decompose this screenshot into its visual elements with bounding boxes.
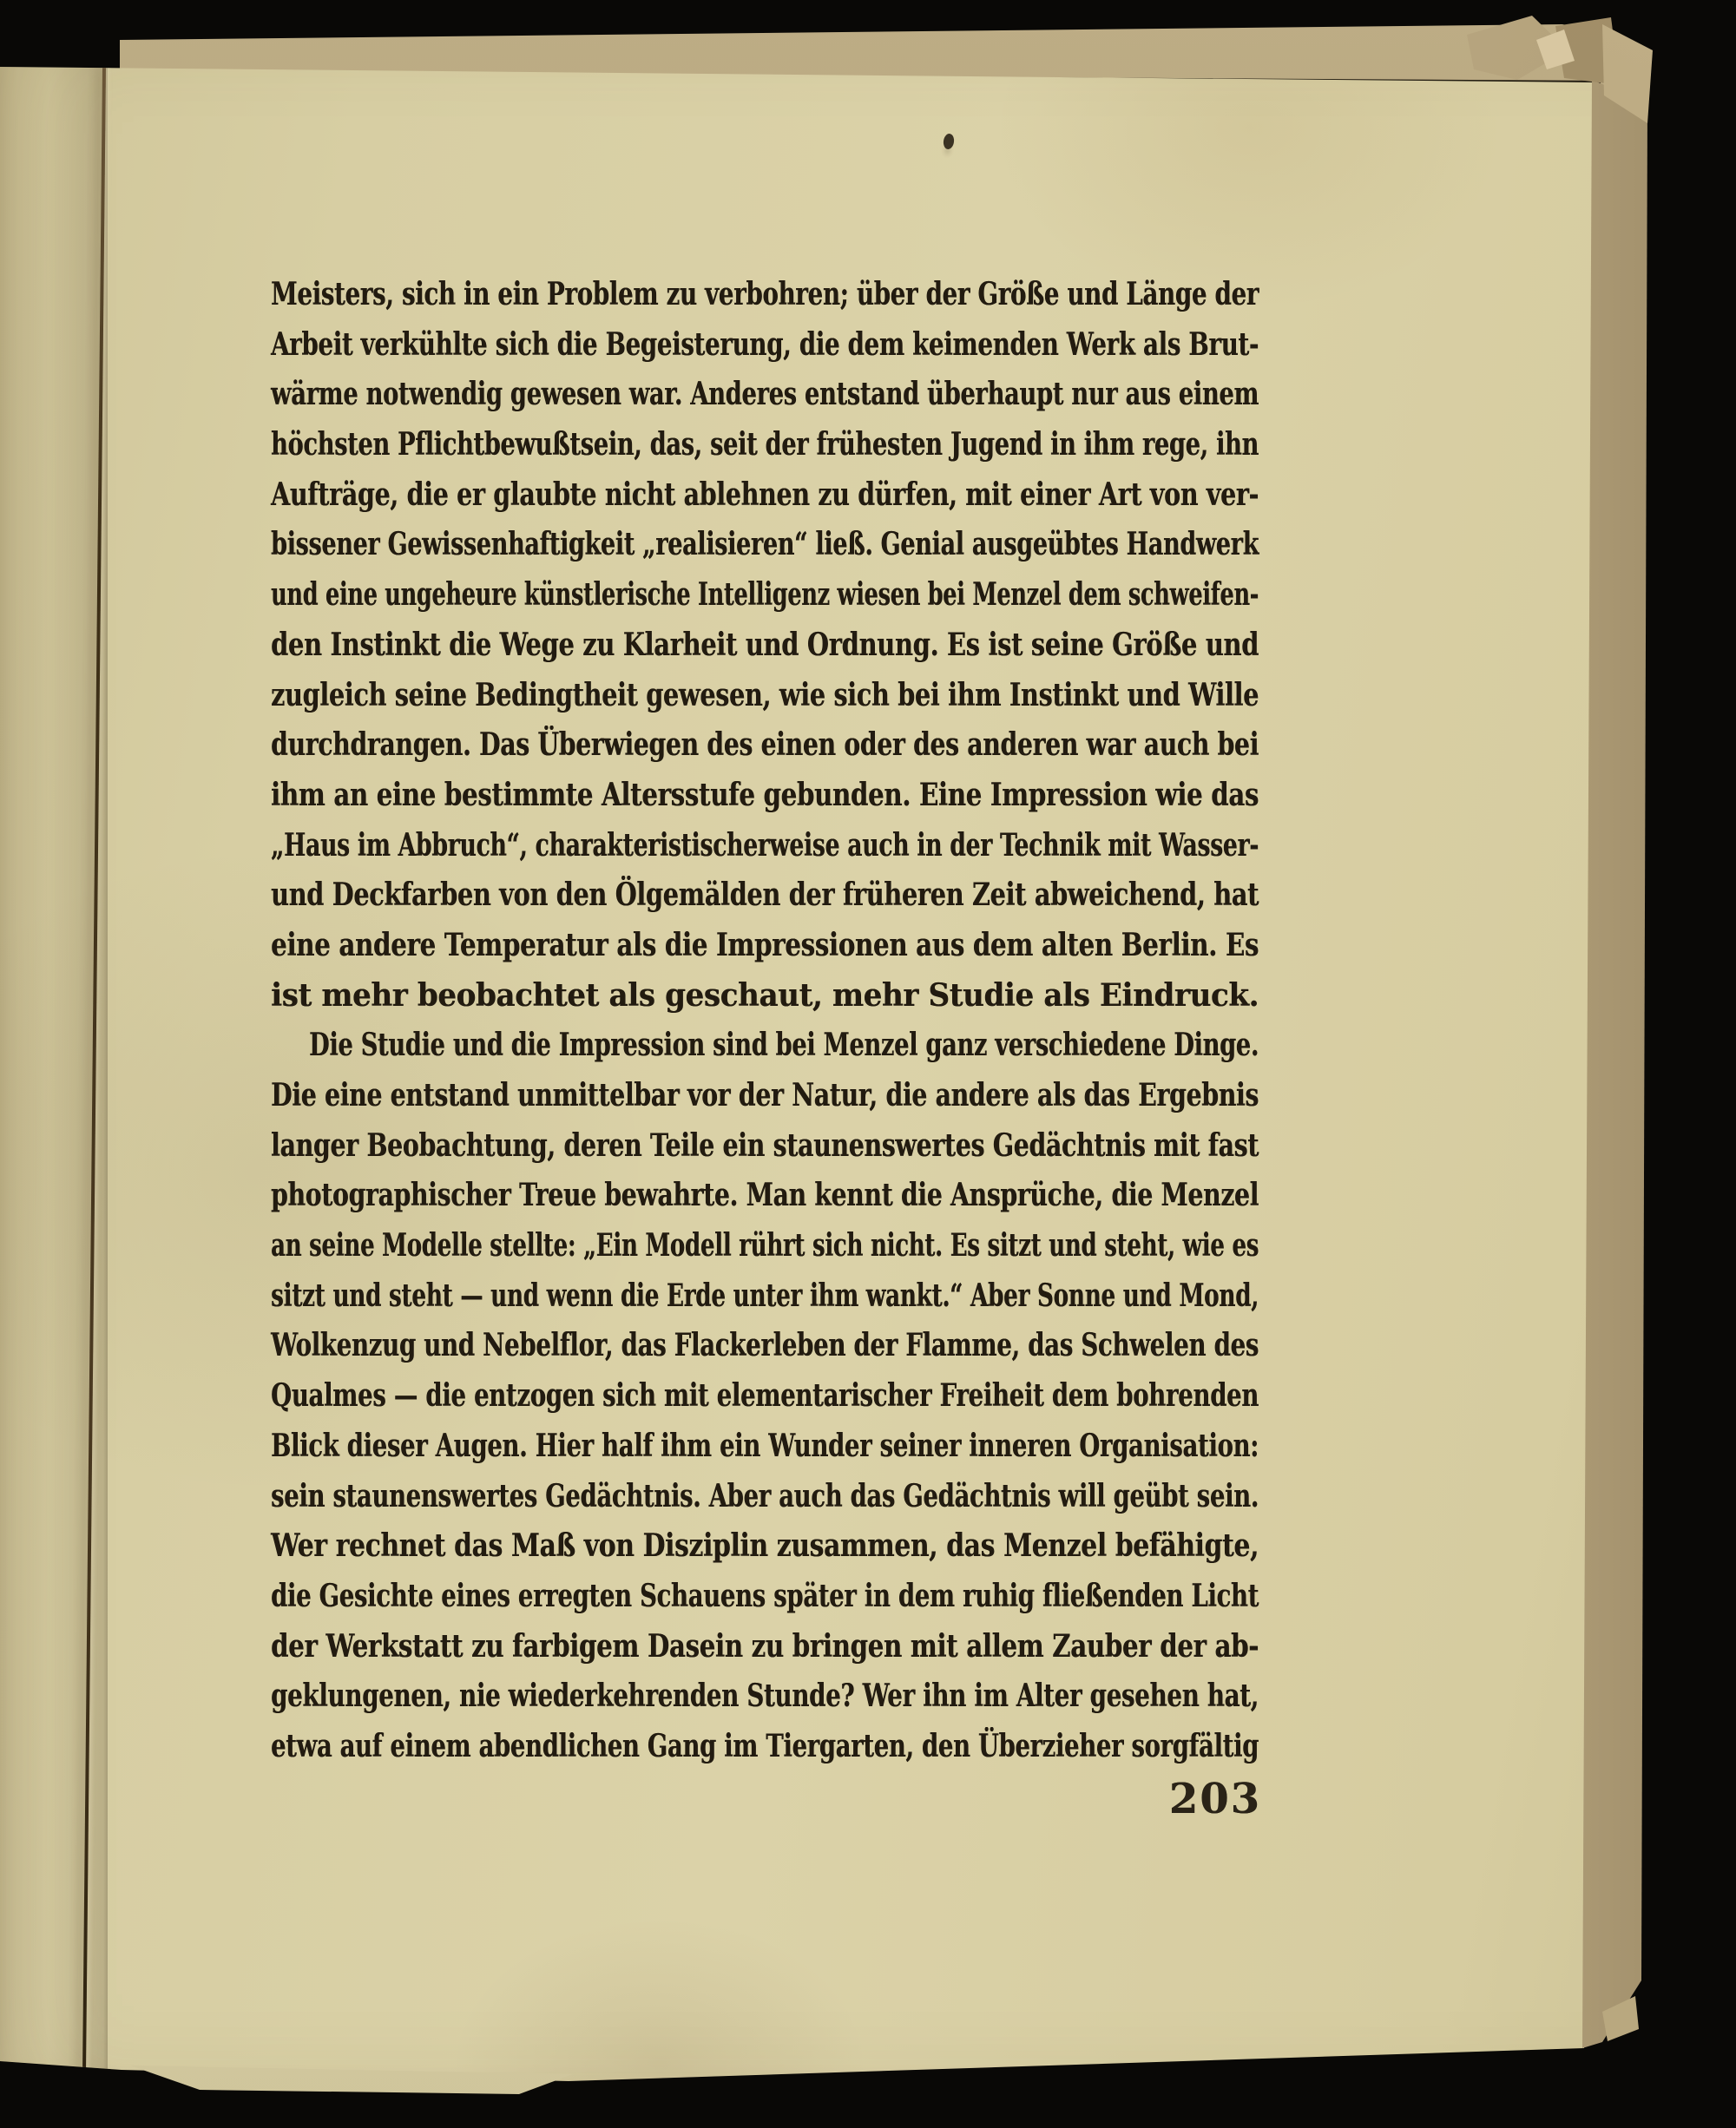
text-line-content: höchsten Pflichtbewußtsein, das, seit de… (271, 426, 1259, 463)
text-line-content: Aufträge, die er glaubte nicht ablehnen … (271, 476, 1259, 513)
text-line-content: zugleich seine Bedingtheit gewesen, wie … (271, 677, 1259, 713)
text-line-content: Arbeit verkühlte sich die Begeisterung, … (271, 326, 1259, 363)
text-line: wärme notwendig gewesen war. Anderes ent… (271, 376, 1259, 426)
text-line: den Instinkt die Wege zu Klarheit und Or… (271, 627, 1259, 677)
text-line-content: geklungenen, nie wiederkehrenden Stunde?… (271, 1678, 1259, 1714)
text-line: Die eine entstand unmittelbar vor der Na… (271, 1077, 1259, 1127)
text-line: zugleich seine Bedingtheit gewesen, wie … (271, 677, 1259, 727)
text-line: sitzt und steht — und wenn die Erde unte… (271, 1277, 1259, 1328)
text-line-content: bissener Gewissenhaftigkeit „realisieren… (271, 526, 1259, 562)
text-line-content: Qualmes — die entzogen sich mit elementa… (271, 1377, 1259, 1414)
text-line: Wolkenzug und Nebelflor, das Flackerlebe… (271, 1327, 1259, 1377)
text-line-content: etwa auf einem abendlichen Gang im Tierg… (271, 1728, 1259, 1764)
text-line-content: photographischer Treue bewahrte. Man ken… (271, 1177, 1259, 1213)
text-line-content: wärme notwendig gewesen war. Anderes ent… (271, 376, 1259, 412)
text-line-content: ihm an eine bestimmte Altersstufe gebund… (271, 777, 1259, 813)
text-line-content: ist mehr beobachtet als geschaut, mehr S… (271, 977, 1259, 1014)
book-scan: Meisters, sich in ein Problem zu verbohr… (0, 0, 1736, 2128)
text-line: bissener Gewissenhaftigkeit „realisieren… (271, 526, 1259, 576)
text-line-content: eine andere Temperatur als die Impressio… (271, 927, 1259, 963)
text-line: etwa auf einem abendlichen Gang im Tierg… (271, 1728, 1259, 1778)
text-line: durchdrangen. Das Überwiegen des einen o… (271, 726, 1259, 777)
text-line: sein staunenswertes Gedächtnis. Aber auc… (271, 1478, 1259, 1528)
text-line-content: durchdrangen. Das Überwiegen des einen o… (271, 726, 1259, 763)
text-line-content: Wer rechnet das Maß von Disziplin zusamm… (271, 1527, 1259, 1564)
text-line: Die Studie und die Impression sind bei M… (271, 1027, 1259, 1077)
text-line: Wer rechnet das Maß von Disziplin zusamm… (271, 1527, 1259, 1578)
text-line-content: den Instinkt die Wege zu Klarheit und Or… (271, 627, 1259, 663)
text-line: eine andere Temperatur als die Impressio… (271, 927, 1259, 977)
text-line: Blick dieser Augen. Hier half ihm ein Wu… (271, 1428, 1259, 1478)
text-line-content: Die Studie und die Impression sind bei M… (309, 1027, 1259, 1063)
text-line: Meisters, sich in ein Problem zu verbohr… (271, 276, 1259, 326)
text-line-content: sitzt und steht — und wenn die Erde unte… (271, 1277, 1259, 1314)
text-line-content: Wolkenzug und Nebelflor, das Flackerlebe… (271, 1327, 1259, 1363)
text-line: photographischer Treue bewahrte. Man ken… (271, 1177, 1259, 1227)
ink-speck (943, 133, 955, 149)
text-line: an seine Modelle stellte: „Ein Modell rü… (271, 1227, 1259, 1277)
text-line: und Deckfarben von den Ölgemälden der fr… (271, 877, 1259, 927)
text-line: die Gesichte eines erregten Schauens spä… (271, 1578, 1259, 1628)
text-line: langer Beobachtung, deren Teile ein stau… (271, 1127, 1259, 1178)
text-line-content: sein staunenswertes Gedächtnis. Aber auc… (271, 1478, 1259, 1514)
text-line: ihm an eine bestimmte Altersstufe gebund… (271, 777, 1259, 827)
body-text: Meisters, sich in ein Problem zu verbohr… (271, 276, 1259, 1778)
text-line-content: Meisters, sich in ein Problem zu verbohr… (271, 276, 1259, 312)
text-line: Arbeit verkühlte sich die Begeisterung, … (271, 326, 1259, 377)
text-line: Qualmes — die entzogen sich mit elementa… (271, 1377, 1259, 1428)
text-line: „Haus im Abbruch“, charakteristischerwei… (271, 827, 1259, 877)
text-line: ist mehr beobachtet als geschaut, mehr S… (271, 977, 1259, 1028)
text-line-content: der Werkstatt zu farbigem Dasein zu brin… (271, 1628, 1259, 1665)
text-line: geklungenen, nie wiederkehrenden Stunde?… (271, 1678, 1259, 1728)
book-page: Meisters, sich in ein Problem zu verbohr… (0, 0, 1736, 2128)
text-line-content: Blick dieser Augen. Hier half ihm ein Wu… (271, 1428, 1259, 1464)
text-line-content: langer Beobachtung, deren Teile ein stau… (271, 1127, 1259, 1164)
text-line-content: „Haus im Abbruch“, charakteristischerwei… (271, 827, 1259, 864)
text-line-content: die Gesichte eines erregten Schauens spä… (271, 1578, 1259, 1614)
text-line-content: und eine ungeheure künstlerische Intelli… (271, 576, 1259, 613)
text-line: höchsten Pflichtbewußtsein, das, seit de… (271, 426, 1259, 476)
page-number: 203 (1140, 1775, 1261, 1823)
page-gutter-shading (0, 52, 108, 2074)
text-line: Aufträge, die er glaubte nicht ablehnen … (271, 476, 1259, 527)
text-line-content: Die eine entstand unmittelbar vor der Na… (271, 1077, 1259, 1113)
text-line: der Werkstatt zu farbigem Dasein zu brin… (271, 1628, 1259, 1678)
text-line-content: an seine Modelle stellte: „Ein Modell rü… (271, 1227, 1259, 1264)
text-line: und eine ungeheure künstlerische Intelli… (271, 576, 1259, 627)
text-line-content: und Deckfarben von den Ölgemälden der fr… (271, 877, 1259, 913)
